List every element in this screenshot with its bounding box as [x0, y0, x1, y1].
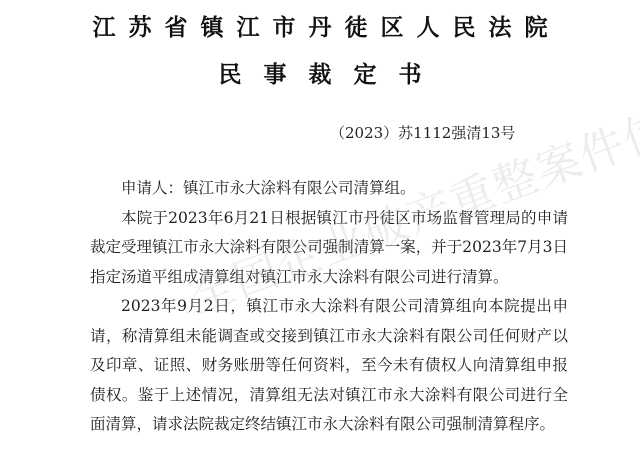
acceptance-paragraph: 本院于2023年6月21日根据镇江市丹徒区市场监督管理局的申请裁定受理镇江市永大… — [90, 204, 568, 293]
application-paragraph: 2023年9月2日，镇江市永大涂料有限公司清算组向本院提出申请，称清算组未能调查… — [90, 292, 568, 440]
document-type: 民事裁定书 — [0, 56, 640, 89]
court-name: 江苏省镇江市丹徒区人民法院 — [0, 9, 640, 42]
applicant-paragraph: 申请人：镇江市永大涂料有限公司清算组。 — [90, 174, 568, 204]
document-body: 申请人：镇江市永大涂料有限公司清算组。 本院于2023年6月21日根据镇江市丹徒… — [90, 174, 568, 440]
case-number: （2023）苏1112强清13号 — [330, 122, 515, 143]
